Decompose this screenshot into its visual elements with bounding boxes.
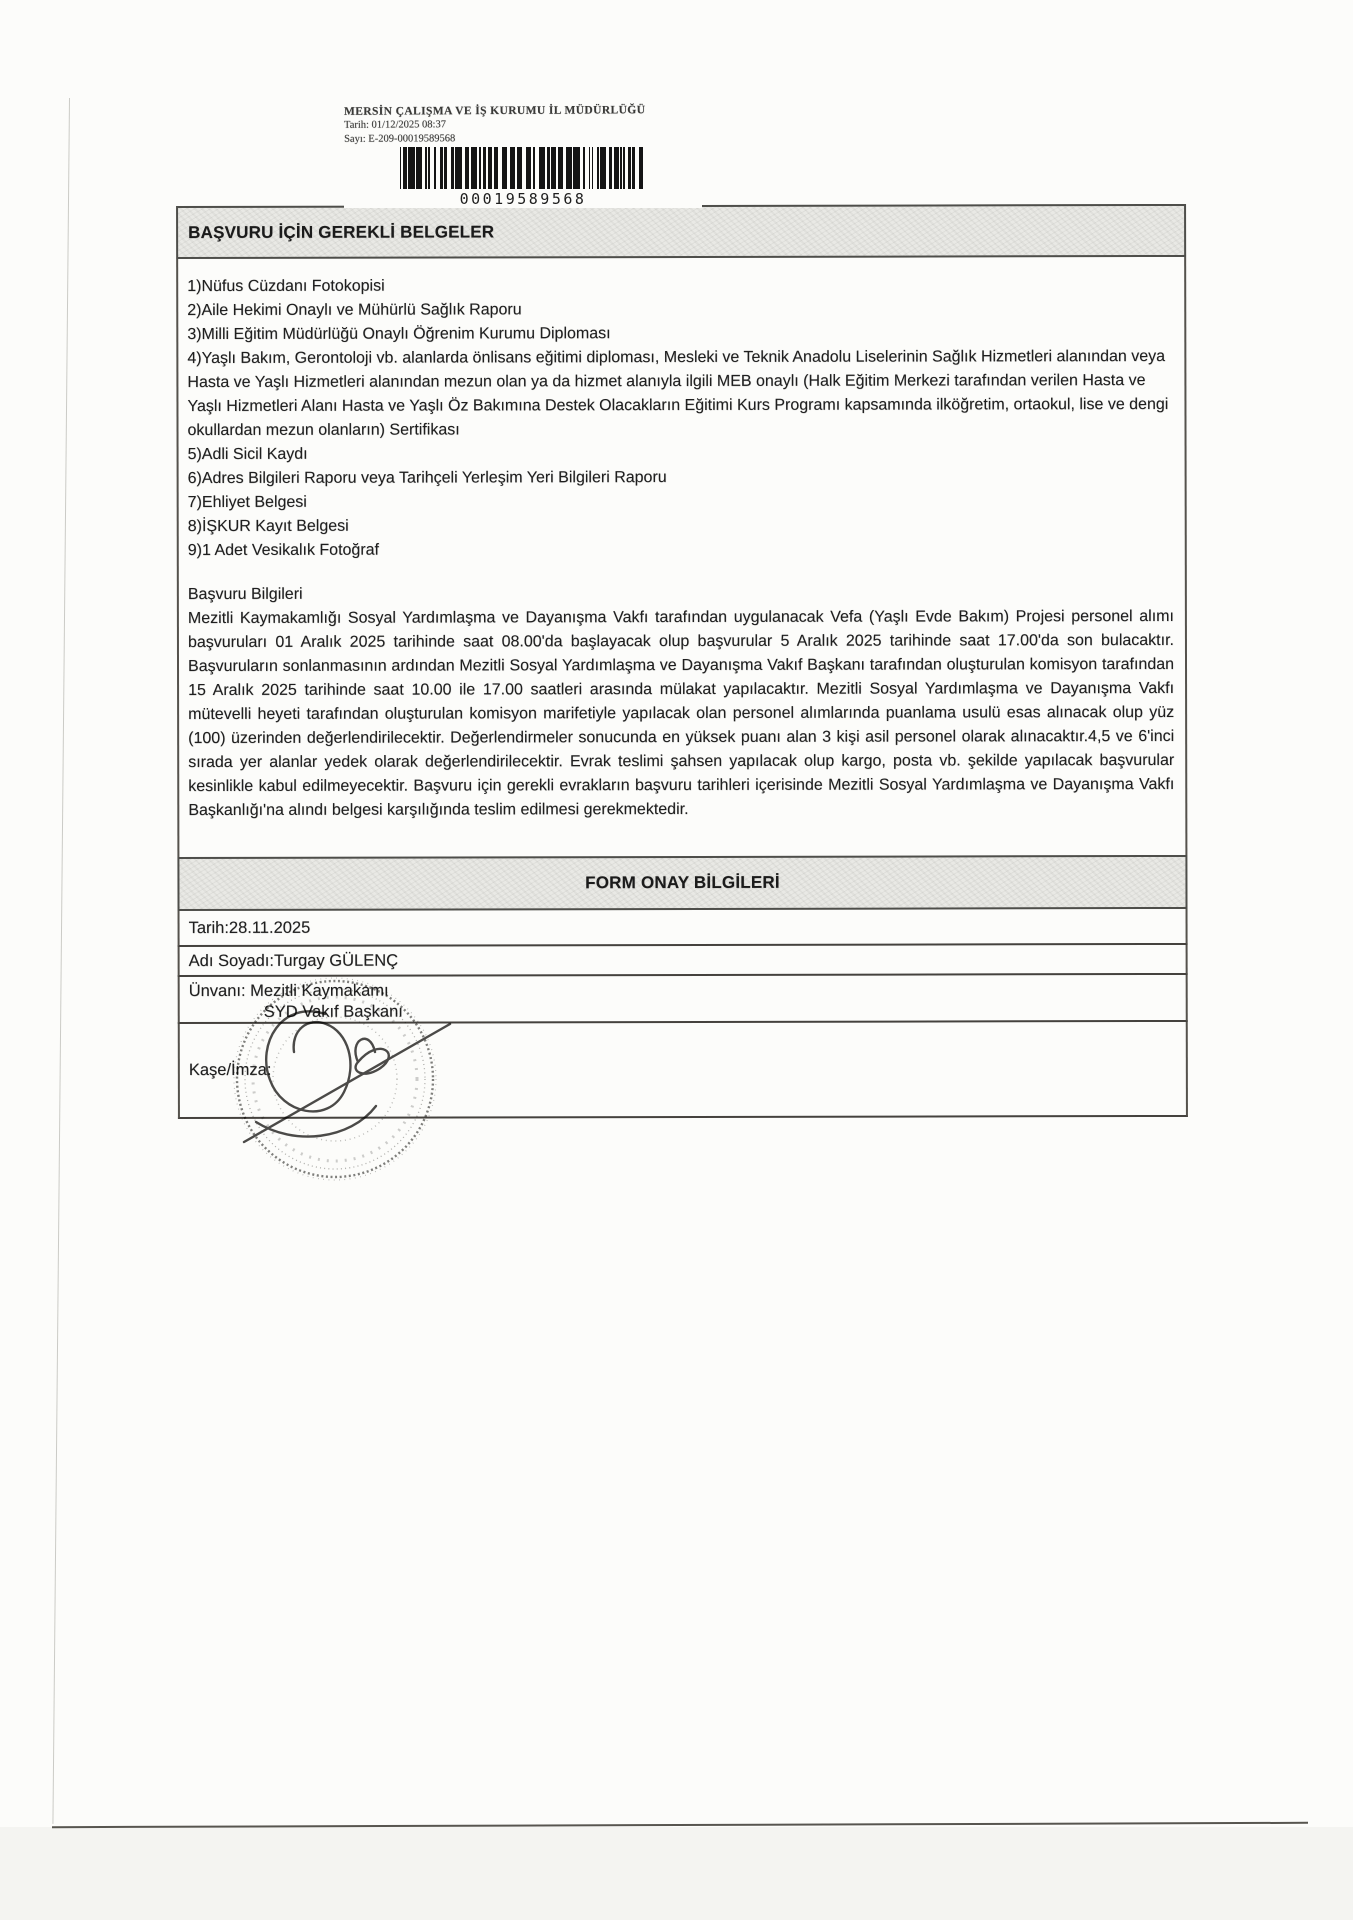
required-documents-header: BAŞVURU İÇİN GEREKLİ BELGELER: [176, 204, 1186, 259]
signature-diagonal: [244, 1024, 450, 1142]
scan-edge-left: [52, 98, 70, 1824]
application-info-paragraph: Mezitli Kaymakamlığı Sosyal Yardımlaşma …: [188, 605, 1174, 823]
required-documents-list: 1)Nüfus Cüzdanı Fotokopisi 2)Aile Hekimi…: [187, 273, 1174, 563]
letterhead: MERSİN ÇALIŞMA VE İŞ KURUMU İL MÜDÜRLÜĞÜ…: [344, 103, 646, 146]
letterhead-org: MERSİN ÇALIŞMA VE İŞ KURUMU İL MÜDÜRLÜĞÜ: [344, 103, 645, 119]
required-documents-section: 1)Nüfus Cüzdanı Fotokopisi 2)Aile Hekimi…: [176, 257, 1187, 857]
barcode-icon: [344, 147, 702, 189]
official-stamp: [228, 970, 442, 1188]
required-documents-title: BAŞVURU İÇİN GEREKLİ BELGELER: [188, 222, 494, 243]
barcode-block: 00019589568: [344, 147, 702, 208]
letterhead-ref: Sayı: E-209-00019589568: [344, 131, 645, 146]
application-info-heading: Başvuru Bilgileri: [188, 581, 1174, 607]
scan-margin-bottom: [0, 1827, 1353, 1920]
form-approval-header: FORM ONAY BİLGİLERİ: [177, 855, 1187, 911]
approval-row-date: Tarih:28.11.2025: [178, 909, 1188, 947]
approval-date: Tarih:28.11.2025: [189, 918, 311, 937]
scanned-document-page: MERSİN ÇALIŞMA VE İŞ KURUMU İL MÜDÜRLÜĞÜ…: [0, 0, 1353, 1920]
barcode-number: 00019589568: [344, 190, 702, 208]
signature-loop: [266, 1011, 350, 1111]
approval-name: Adı Soyadı:Turgay GÜLENÇ: [189, 951, 398, 970]
form-approval-title: FORM ONAY BİLGİLERİ: [585, 873, 780, 893]
blank-line: [188, 561, 1174, 583]
